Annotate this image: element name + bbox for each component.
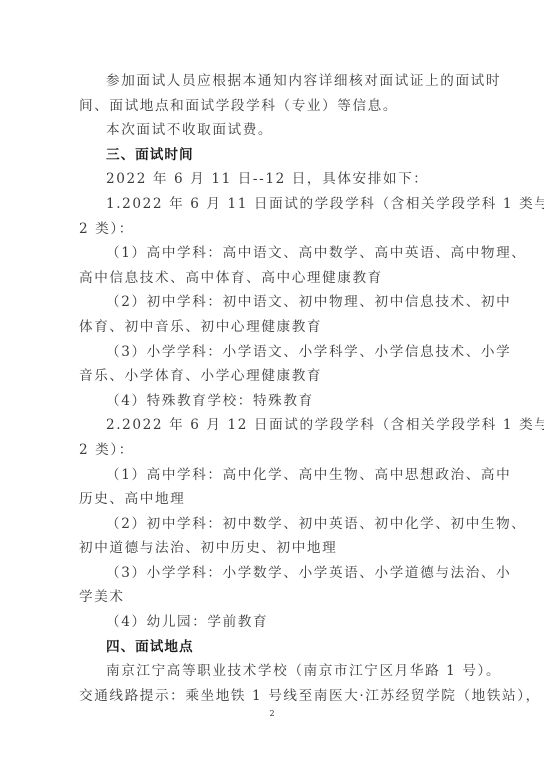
paragraph-line: 南京江宁高等职业技术学校（南京市江宁区月华路 1 号）。 bbox=[79, 659, 467, 684]
paragraph-line: 高中信息技术、高中体育、高中心理健康教育 bbox=[79, 266, 467, 291]
paragraph-line: （4）特殊教育学校：特殊教育 bbox=[79, 389, 467, 414]
paragraph-line: 初中道德与法治、初中历史、初中地理 bbox=[79, 536, 467, 561]
paragraph-line: 本次面试不收取面试费。 bbox=[79, 118, 467, 143]
section-heading-interview-time: 三、面试时间 bbox=[79, 143, 467, 168]
paragraph-line: 音乐、小学体育、小学心理健康教育 bbox=[79, 364, 467, 389]
paragraph-line: 间、面试地点和面试学段学科（专业）等信息。 bbox=[79, 94, 467, 119]
paragraph-line: 2022 年 6 月 11 日--12 日，具体安排如下： bbox=[79, 167, 467, 192]
page-number: 2 bbox=[0, 709, 544, 718]
paragraph-line: （1）高中学科：高中语文、高中数学、高中英语、高中物理、 bbox=[79, 241, 467, 266]
paragraph-line: （2）初中学科：初中语文、初中物理、初中信息技术、初中 bbox=[79, 290, 467, 315]
paragraph-line: （4）幼儿园：学前教育 bbox=[79, 610, 467, 635]
paragraph-line: （1）高中学科：高中化学、高中生物、高中思想政治、高中 bbox=[79, 463, 467, 488]
paragraph-line: （3）小学学科：小学数学、小学英语、小学道德与法治、小 bbox=[79, 561, 467, 586]
paragraph-line: （3）小学学科：小学语文、小学科学、小学信息技术、小学 bbox=[79, 340, 467, 365]
document-page: 参加面试人员应根据本通知内容详细核对面试证上的面试时 间、面试地点和面试学段学科… bbox=[0, 0, 544, 770]
paragraph-line: 体育、初中音乐、初中心理健康教育 bbox=[79, 315, 467, 340]
paragraph-line: 参加面试人员应根据本通知内容详细核对面试证上的面试时 bbox=[79, 69, 467, 94]
document-body: 参加面试人员应根据本通知内容详细核对面试证上的面试时 间、面试地点和面试学段学科… bbox=[79, 69, 467, 708]
paragraph-line: 2 类）： bbox=[79, 438, 467, 463]
paragraph-line: 交通线路提示：乘坐地铁 1 号线至南医大·江苏经贸学院（地铁站）， bbox=[79, 684, 467, 709]
paragraph-line: 历史、高中地理 bbox=[79, 487, 467, 512]
paragraph-line: 2.2022 年 6 月 12 日面试的学段学科（含相关学段学科 1 类与 bbox=[79, 413, 467, 438]
paragraph-line: 1.2022 年 6 月 11 日面试的学段学科（含相关学段学科 1 类与 bbox=[79, 192, 467, 217]
paragraph-line: 2 类）： bbox=[79, 217, 467, 242]
section-heading-interview-location: 四、面试地点 bbox=[79, 635, 467, 660]
paragraph-line: （2）初中学科：初中数学、初中英语、初中化学、初中生物、 bbox=[79, 512, 467, 537]
paragraph-line: 学美术 bbox=[79, 585, 467, 610]
